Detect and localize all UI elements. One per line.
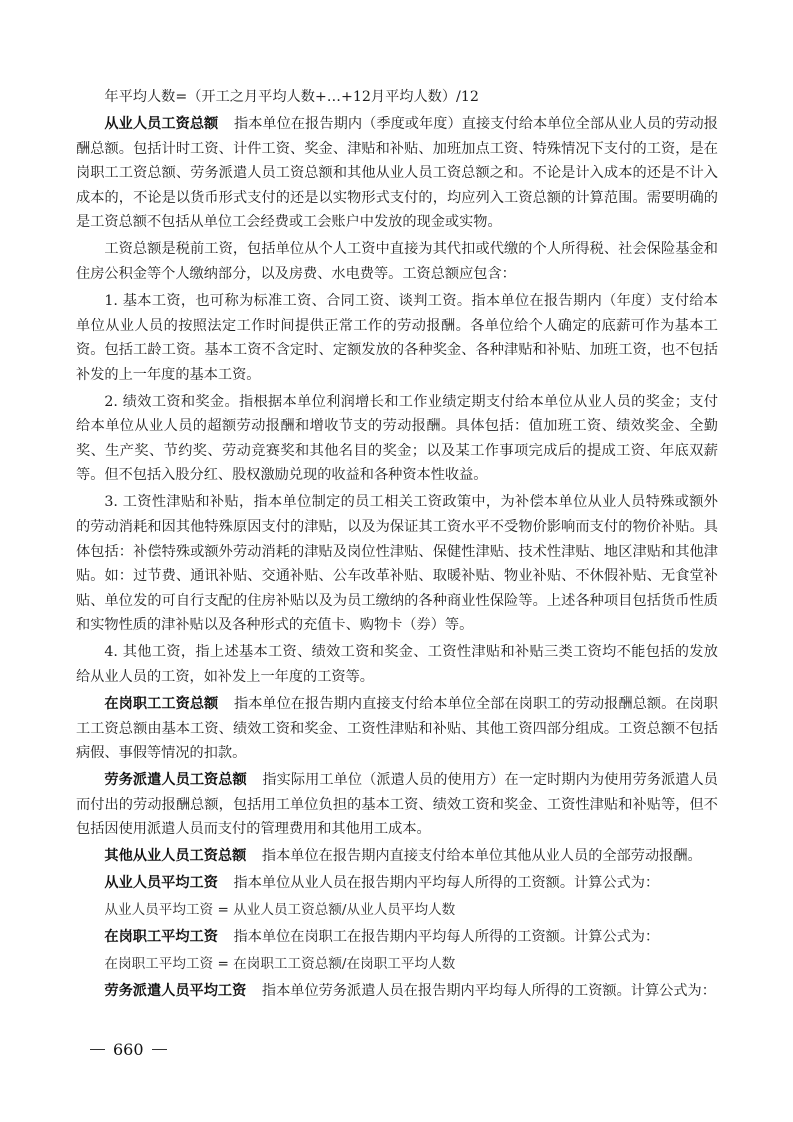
page-footer: 660 [90,1040,167,1059]
page-number: 660 [113,1040,144,1059]
definition-term: 其他从业人员工资总额 [104,848,246,864]
formula-annual-average-headcount: 年平均人数=（开工之月平均人数+…+12月平均人数）/12 [76,85,718,110]
formula-average-wage-all-employees: 从业人员平均工资 = 从业人员工资总额/从业人员平均人数 [76,898,718,923]
definition-average-wage-all-employees: 从业人员平均工资指本单位从业人员在报告期内平均每人所得的工资额。计算公式为： [76,871,718,896]
definition-text: 指本单位劳务派遣人员在报告期内平均每人所得的工资额。计算公式为： [262,983,716,999]
definition-text: 指本单位从业人员在报告期内平均每人所得的工资额。计算公式为： [234,875,660,891]
definition-term: 从业人员平均工资 [104,875,218,891]
definition-term: 在岗职工工资总额 [104,696,218,712]
formula-average-wage-on-post-staff: 在岗职工平均工资 = 在岗职工工资总额/在岗职工平均人数 [76,952,718,977]
paragraph-text: 工资总额是税前工资，包括单位从个人工资中直接为其代扣或代缴的个人所得税、社会保险… [76,241,718,282]
paragraph-text: 3. 工资性津贴和补贴，指本单位制定的员工相关工资政策中，为补偿本单位从业人员特… [76,494,718,633]
definition-term: 劳务派遣人员平均工资 [104,983,246,999]
dash-left [90,1049,105,1050]
formula-text: 从业人员平均工资 = 从业人员工资总额/从业人员平均人数 [104,902,455,918]
list-item-other-wages: 4. 其他工资，指上述基本工资、绩效工资和奖金、工资性津贴和补贴三类工资均不能包… [76,640,718,689]
paragraph-text: 2. 绩效工资和奖金。指根据本单位利润增长和工作业绩定期支付给本单位从业人员的奖… [76,394,718,484]
page-body: 年平均人数=（开工之月平均人数+…+12月平均人数）/12 从业人员工资总额指本… [76,85,718,1006]
dash-right [152,1049,167,1050]
paragraph-text: 1. 基本工资，也可称为标准工资、合同工资、谈判工资。指本单位在报告期内（年度）… [76,293,718,383]
definition-term: 劳务派遣人员工资总额 [104,772,246,788]
formula-text: 年平均人数=（开工之月平均人数+…+12月平均人数）/12 [104,89,479,105]
definition-text: 指本单位在报告期内（季度或年度）直接支付给本单位全部从业人员的劳动报酬总额。包括… [76,116,718,230]
list-item-performance-pay: 2. 绩效工资和奖金。指根据本单位利润增长和工作业绩定期支付给本单位从业人员的奖… [76,390,718,488]
paragraph-pre-tax-wages: 工资总额是税前工资，包括单位从个人工资中直接为其代扣或代缴的个人所得税、社会保险… [76,237,718,286]
definition-total-wages-other-employees: 其他从业人员工资总额指本单位在报告期内直接支付给本单位其他从业人员的全部劳动报酬… [76,844,718,869]
definition-total-wages-all-employees: 从业人员工资总额指本单位在报告期内（季度或年度）直接支付给本单位全部从业人员的劳… [76,112,718,235]
definition-term: 在岗职工平均工资 [104,929,218,945]
list-item-basic-wage: 1. 基本工资，也可称为标准工资、合同工资、谈判工资。指本单位在报告期内（年度）… [76,289,718,387]
formula-text: 在岗职工平均工资 = 在岗职工工资总额/在岗职工平均人数 [104,956,455,972]
list-item-allowances: 3. 工资性津贴和补贴，指本单位制定的员工相关工资政策中，为补偿本单位从业人员特… [76,490,718,638]
definition-total-wages-dispatched-workers: 劳务派遣人员工资总额指实际用工单位（派遣人员的使用方）在一定时期内为使用劳务派遣… [76,768,718,842]
definition-text: 指本单位在报告期内直接支付给本单位其他从业人员的全部劳动报酬。 [262,848,702,864]
definition-text: 指本单位在岗职工在报告期内平均每人所得的工资额。计算公式为： [234,929,660,945]
paragraph-text: 4. 其他工资，指上述基本工资、绩效工资和奖金、工资性津贴和补贴三类工资均不能包… [76,644,718,685]
definition-total-wages-on-post-staff: 在岗职工工资总额指本单位在报告期内直接支付给本单位全部在岗职工的劳动报酬总额。在… [76,692,718,766]
definition-average-wage-on-post-staff: 在岗职工平均工资指本单位在岗职工在报告期内平均每人所得的工资额。计算公式为： [76,925,718,950]
definition-term: 从业人员工资总额 [104,116,218,132]
definition-average-wage-dispatched-workers: 劳务派遣人员平均工资指本单位劳务派遣人员在报告期内平均每人所得的工资额。计算公式… [76,979,718,1004]
